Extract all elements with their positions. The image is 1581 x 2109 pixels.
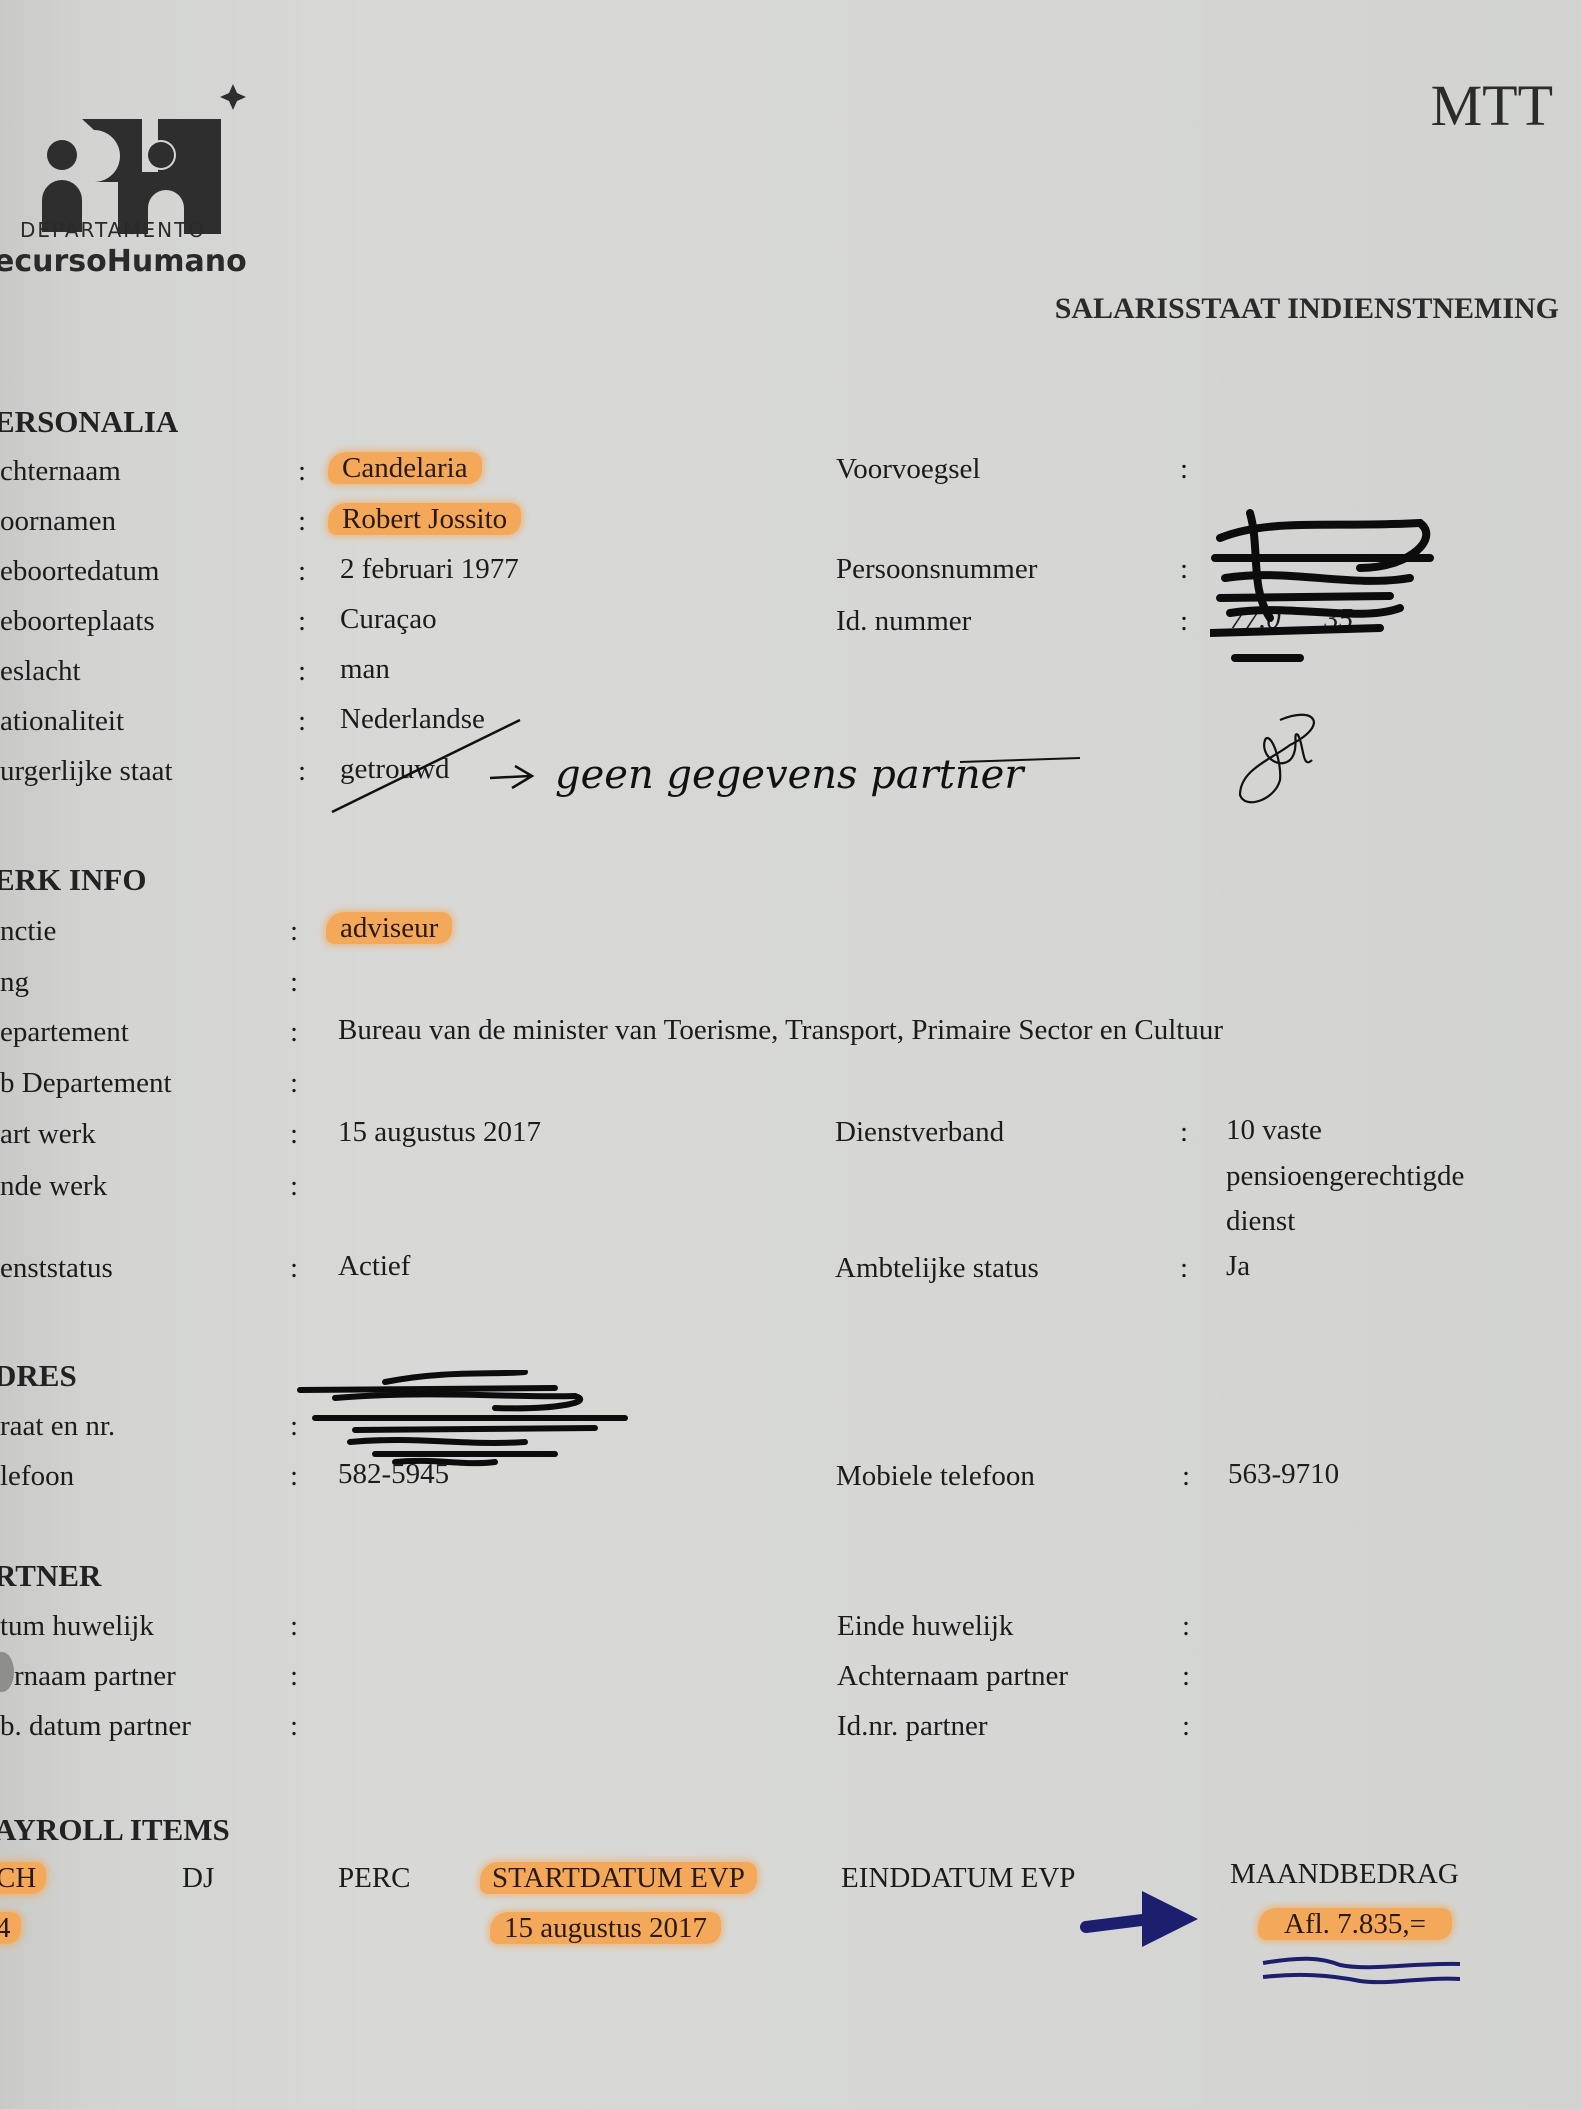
org-code: MTT <box>1431 72 1553 139</box>
value-telefoon: 582-5945 <box>338 1458 449 1491</box>
value-geslacht: man <box>340 653 390 686</box>
value-ambtelijke-status: Ja <box>1226 1250 1250 1283</box>
label-geb-datum-partner: b. datum partner <box>0 1710 191 1743</box>
colon: : <box>298 705 306 738</box>
payroll-col-einddatum-evp: EINDDATUM EVP <box>841 1862 1075 1895</box>
label-einde-huwelijk: Einde huwelijk <box>837 1610 1013 1643</box>
colon: : <box>1182 1710 1190 1743</box>
value-departement: Bureau van de minister van Toerisme, Tra… <box>338 1014 1223 1047</box>
value-mobiele-telefoon: 563-9710 <box>1228 1458 1339 1491</box>
colon: : <box>298 455 306 488</box>
label-voornamen: oornamen <box>0 505 116 538</box>
label-persoonsnummer: Persoonsnummer <box>836 553 1037 586</box>
highlight-mark: adviseur <box>326 912 452 944</box>
colon: : <box>298 605 306 638</box>
colon: : <box>1182 1660 1190 1693</box>
label-sub-departement: b Departement <box>0 1067 172 1100</box>
value-functie: adviseur <box>326 912 452 945</box>
colon: : <box>298 555 306 588</box>
payroll-col-startdatum-evp: STARTDATUM EVP <box>480 1862 757 1895</box>
label-voorvoegsel: Voorvoegsel <box>836 453 980 486</box>
highlight-mark: Robert Jossito <box>328 503 521 535</box>
label-geboorteplaats: eboorteplaats <box>0 605 155 638</box>
colon: : <box>290 1610 298 1643</box>
value-achternaam: Candelaria <box>328 452 482 485</box>
label-dienstverband: Dienstverband <box>835 1116 1004 1149</box>
label-dienststatus: enststatus <box>0 1252 113 1285</box>
colon: : <box>1180 453 1188 486</box>
payroll-value-startdatum-evp: 15 augustus 2017 <box>490 1912 721 1945</box>
highlight-mark: STARTDATUM EVP <box>480 1862 757 1894</box>
colon: : <box>1180 605 1188 638</box>
label-straat-en-nr: raat en nr. <box>0 1410 115 1443</box>
highlight-mark: CH <box>0 1862 46 1894</box>
colon: : <box>1180 553 1188 586</box>
label-geboortedatum: eboortedatum <box>0 555 159 588</box>
section-heading-personalia: ERSONALIA <box>0 404 178 440</box>
payroll-col-perc: PERC <box>338 1862 411 1895</box>
label-achternaam: chternaam <box>0 455 121 488</box>
logo-name-text: ecursoHumano <box>0 244 247 279</box>
payroll-col-maandbedrag: MAANDBEDRAG <box>1230 1858 1459 1891</box>
colon: : <box>290 1460 298 1493</box>
colon: : <box>290 1170 298 1203</box>
label-voornaam-partner: rnaam partner <box>14 1660 176 1693</box>
label-mobiele-telefoon: Mobiele telefoon <box>836 1460 1035 1493</box>
section-heading-partner: RTNER <box>0 1558 101 1594</box>
value-voornamen: Robert Jossito <box>328 503 521 536</box>
payroll-value-ch: 4 <box>0 1912 21 1945</box>
colon: : <box>1180 1116 1188 1149</box>
logo-department-text: DEPARTAMENTO <box>20 218 206 242</box>
document-title: SALARISSTAAT INDIENSTNEMING <box>1055 292 1559 326</box>
value-geboorteplaats: Curaçao <box>340 603 437 636</box>
double-underline-mark <box>1260 1955 1465 1995</box>
colon: : <box>290 1118 298 1151</box>
value-dienstverband-line1: 10 vaste <box>1226 1114 1322 1147</box>
section-heading-adres: DRES <box>0 1358 77 1394</box>
label-id-nr-partner: Id.nr. partner <box>837 1710 988 1743</box>
label-achternaam-partner: Achternaam partner <box>837 1660 1068 1693</box>
label-functie: nctie <box>0 915 56 948</box>
label-burgerlijke-staat: urgerlijke staat <box>0 755 173 788</box>
punch-hole <box>0 1652 14 1692</box>
colon: : <box>290 1660 298 1693</box>
highlight-mark: Afl. 7.835,= <box>1258 1908 1452 1940</box>
label-datum-huwelijk: tum huwelijk <box>0 1610 154 1643</box>
colon: : <box>290 1252 298 1285</box>
redaction-scribble-icon <box>1210 508 1440 668</box>
label-departement: epartement <box>0 1016 129 1049</box>
colon: : <box>290 915 298 948</box>
highlight-mark: 4 <box>0 1912 21 1944</box>
initials-signature-icon <box>1220 700 1335 815</box>
colon: : <box>1182 1610 1190 1643</box>
redaction-scribble-icon <box>295 1370 635 1470</box>
handwritten-text: geen gegevens partner <box>555 752 1026 798</box>
section-heading-werk-info: ERK INFO <box>0 862 146 898</box>
label-telefoon: lefoon <box>0 1460 74 1493</box>
label-einde-werk: nde werk <box>0 1170 107 1203</box>
highlight-mark: Candelaria <box>328 452 482 484</box>
value-dienstverband-line2: pensioengerechtigde <box>1226 1160 1464 1193</box>
colon: : <box>290 966 298 999</box>
document-page: DEPARTAMENTO ecursoHumano MTT SALARISSTA… <box>0 0 1581 2109</box>
colon: : <box>298 655 306 688</box>
label-id-nummer: Id. nummer <box>836 605 971 638</box>
colon: : <box>298 505 306 538</box>
value-dienstverband-line3: dienst <box>1226 1205 1295 1238</box>
section-heading-payroll-items: AYROLL ITEMS <box>0 1812 230 1848</box>
colon: : <box>1180 1252 1188 1285</box>
payroll-col-dj: DJ <box>182 1862 214 1895</box>
colon: : <box>290 1710 298 1743</box>
value-start-werk: 15 augustus 2017 <box>338 1116 541 1149</box>
value-geboortedatum: 2 februari 1977 <box>340 553 519 586</box>
payroll-col-ch: CH <box>0 1862 46 1895</box>
label-ambtelijke-status: Ambtelijke status <box>835 1252 1039 1285</box>
colon: : <box>290 1067 298 1100</box>
colon: : <box>1182 1460 1190 1493</box>
colon: : <box>298 755 306 788</box>
label-start-werk: art werk <box>0 1118 96 1151</box>
label-geslacht: eslacht <box>0 655 81 688</box>
highlight-mark: 15 augustus 2017 <box>490 1912 721 1944</box>
label-rang: ng <box>0 966 29 999</box>
handwritten-note-icon: geen gegevens partner <box>320 700 1200 830</box>
payroll-value-maandbedrag: Afl. 7.835,= <box>1258 1908 1452 1941</box>
value-dienststatus: Actief <box>338 1250 410 1283</box>
label-nationaliteit: ationaliteit <box>0 705 124 738</box>
arrow-right-icon <box>1080 1885 1205 1955</box>
colon: : <box>290 1016 298 1049</box>
